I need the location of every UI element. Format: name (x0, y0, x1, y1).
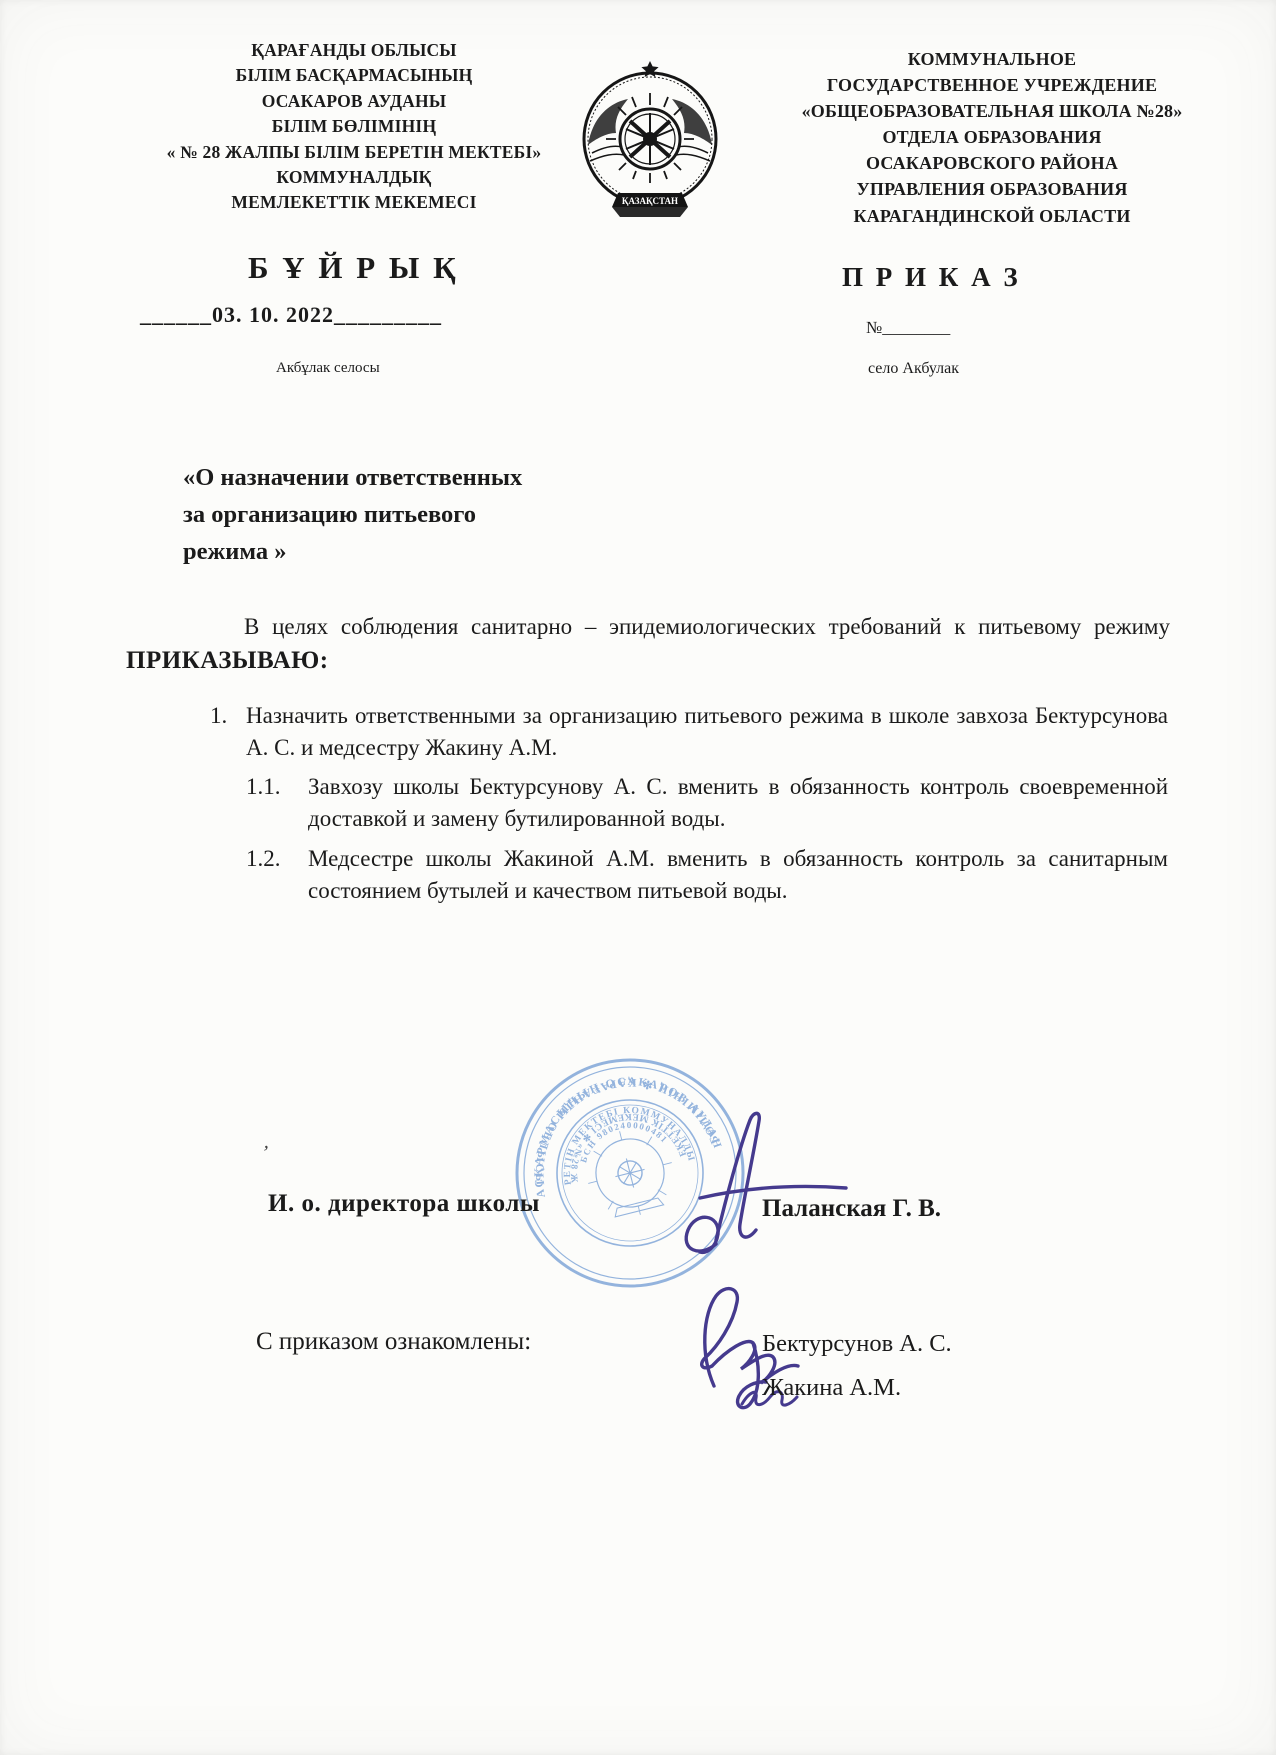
ink-signatures-overlay (0, 0, 1276, 1755)
director-position-label: И. о. директора школы (268, 1190, 540, 1218)
director-name: Паланская Г. В. (762, 1195, 941, 1223)
document-page: ҚАРАҒАНДЫ ОБЛЫСЫ БІЛІМ БАСҚАРМАСЫНЫҢ ОСА… (0, 0, 1276, 1755)
acknowledgement-label: С приказом ознакомлены: (256, 1328, 531, 1356)
director-signature (686, 1113, 846, 1252)
acknowledgement-name-2: Жакина А.М. (762, 1374, 901, 1402)
acknowledgement-name-1: Бектурсунов А. С. (762, 1330, 952, 1358)
